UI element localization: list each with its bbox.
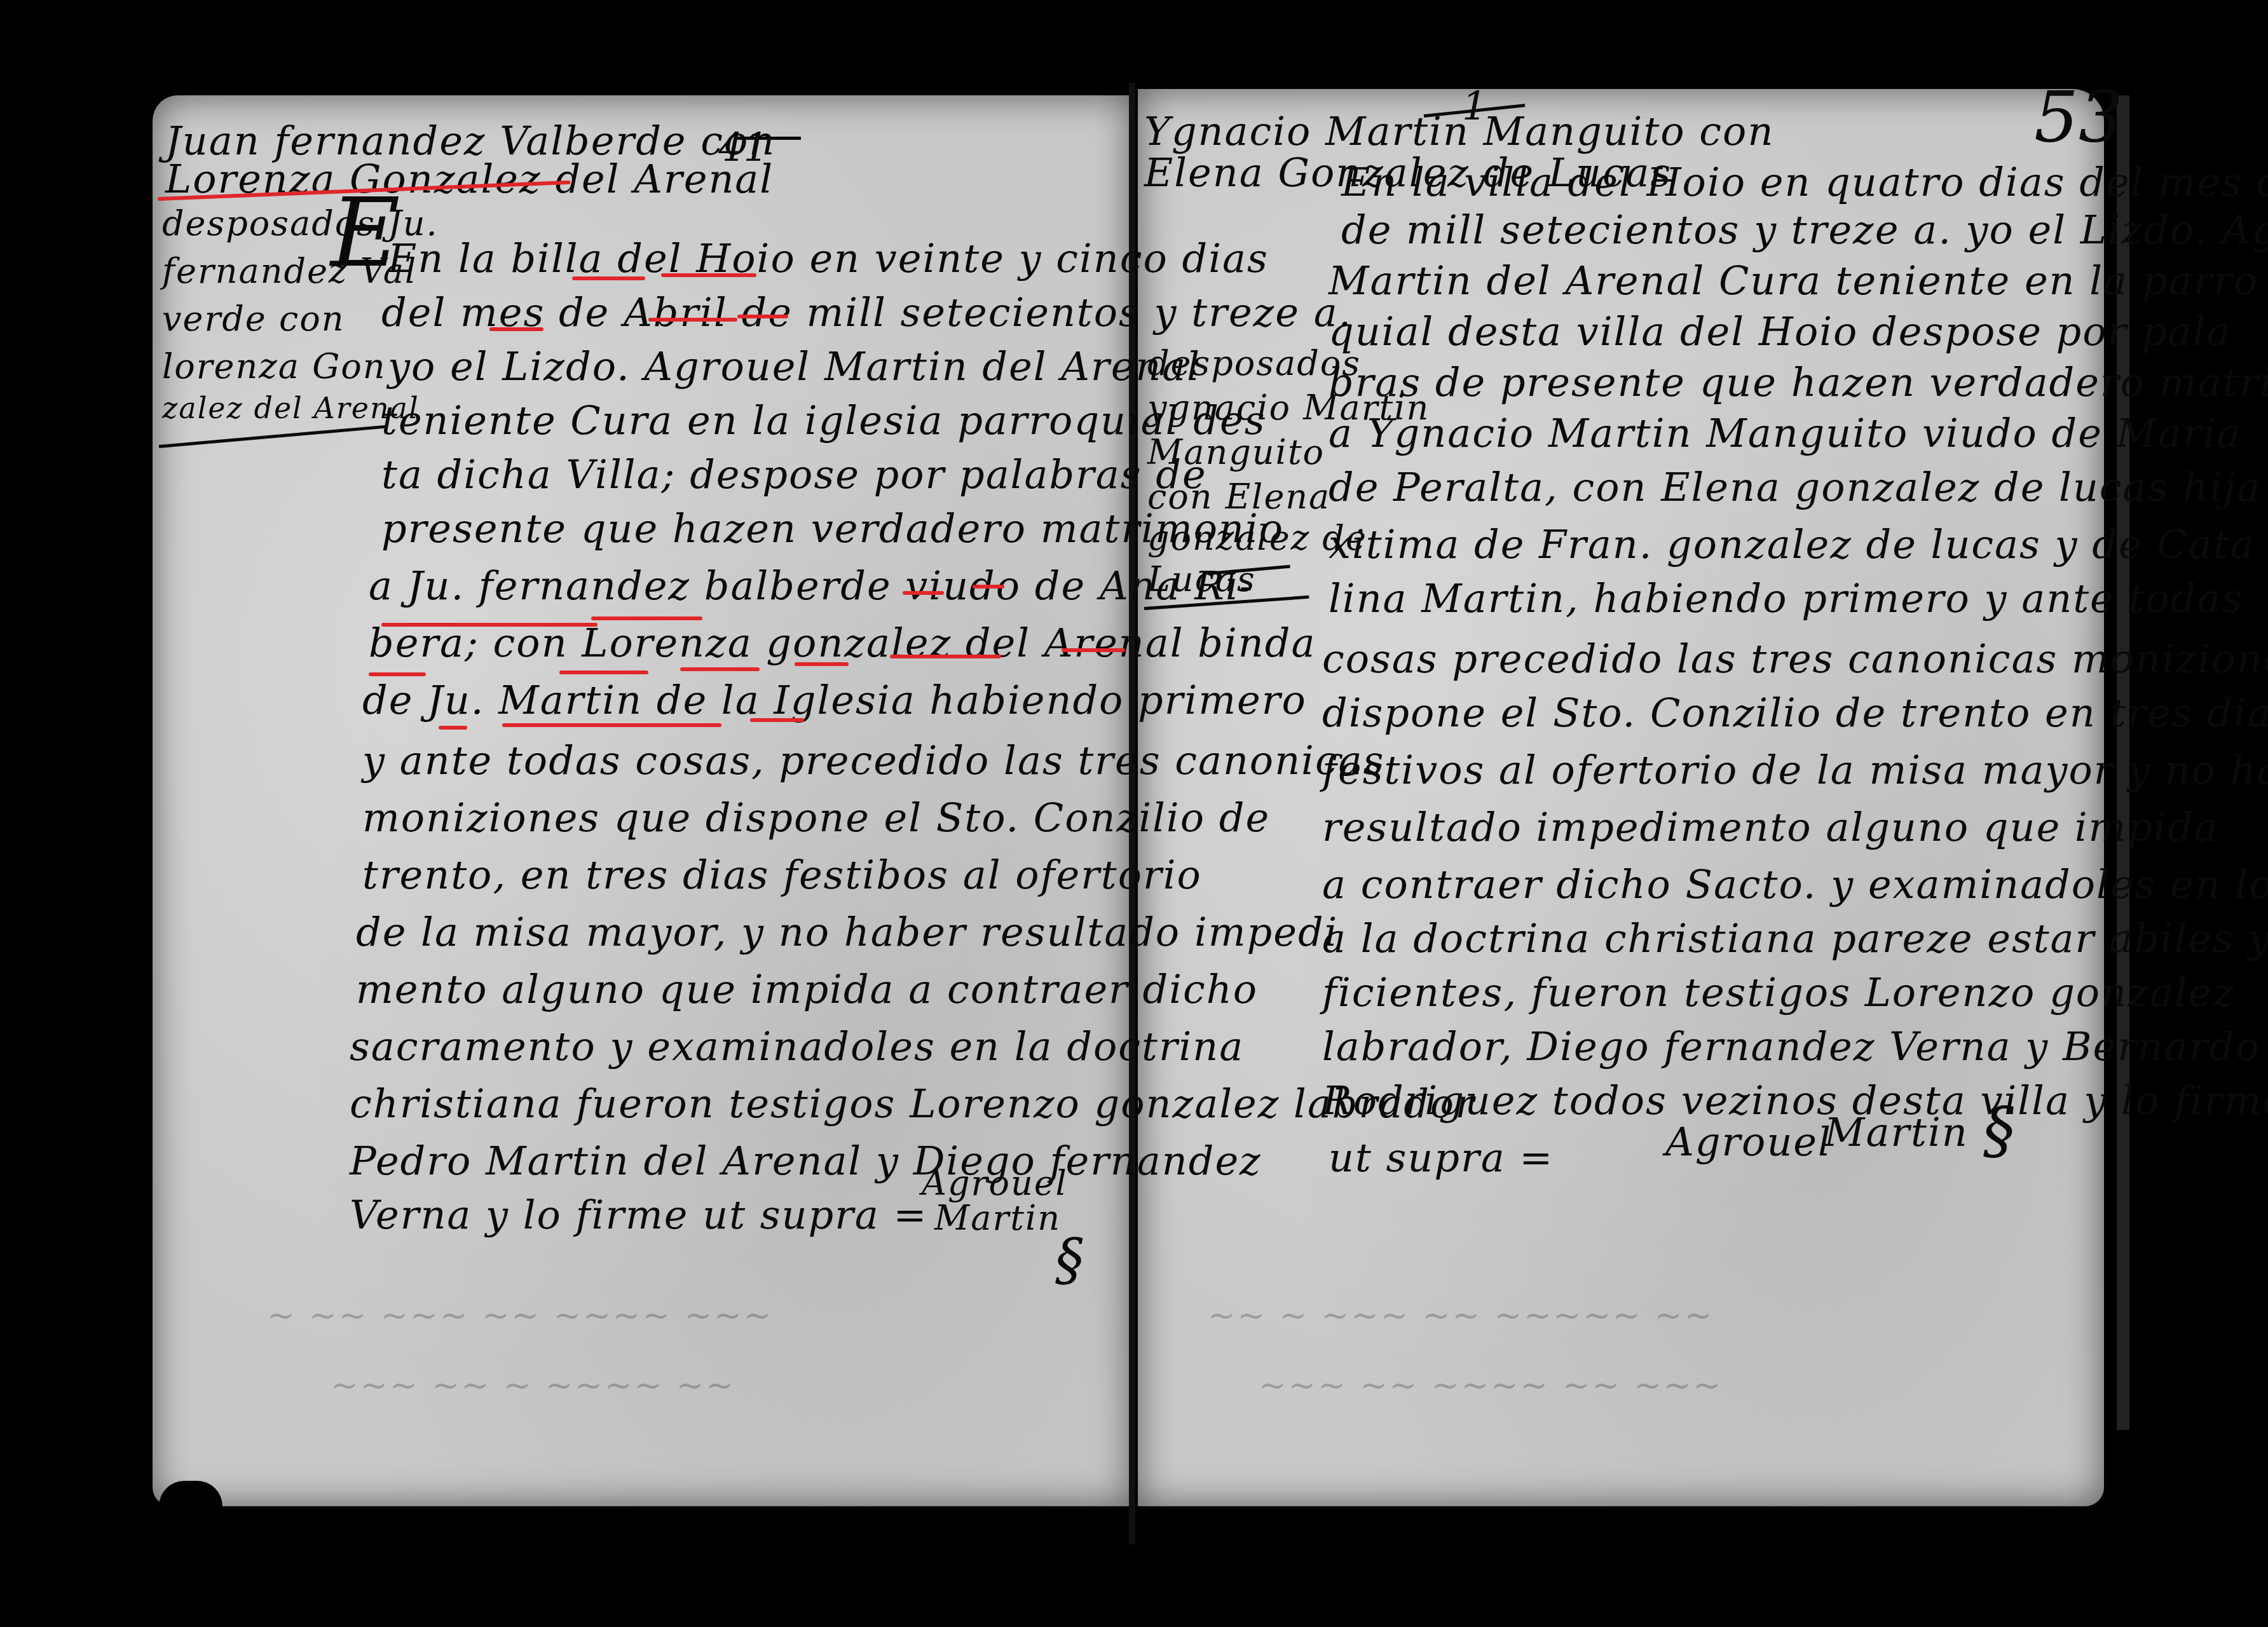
right-body-line-14: a contraer dicho Sacto. y examinadoles e…	[1322, 861, 2268, 908]
red-underline	[648, 318, 737, 322]
red-underline	[572, 276, 645, 280]
right-top-mark: 1	[1462, 83, 1487, 129]
left-body-line-1: En la billa del Hoio en veinte y cinco d…	[388, 235, 1269, 282]
left-body-line-10: y ante todas cosas, precedido las tres c…	[362, 737, 1384, 784]
left-margin-note-5: zalez del Arenal	[162, 391, 420, 425]
right-body-line-7: de Peralta, con Elena gonzalez de lucas …	[1329, 464, 2268, 510]
left-body-line-18: Verna y lo firme ut supra =	[350, 1192, 927, 1238]
red-underline	[439, 726, 467, 730]
page-corner-shadow	[159, 1481, 222, 1563]
right-heading-line-1: Ygnacio Martin Manguito con	[1144, 108, 1774, 154]
right-signature-line-2: Martin	[1824, 1109, 1969, 1155]
red-underline	[381, 623, 598, 627]
right-body-line-13: resultado impedimento alguno que impida	[1322, 804, 2219, 850]
right-body-line-1: En la villa del Hoio en quatro dias del …	[1341, 159, 2268, 205]
right-body-line-2: de mill setecientos y treze a. yo el Liz…	[1341, 207, 2268, 253]
red-underline	[502, 723, 721, 727]
right-body-line-15: a la doctrina christiana pareze estar ab…	[1322, 915, 2268, 962]
left-body-line-15: sacramento y examinadoles en la doctrina	[350, 1023, 1244, 1070]
right-body-line-19: ut supra =	[1329, 1134, 1554, 1181]
red-underline	[737, 315, 788, 318]
bleed-through-text: ~~ ~ ~~~ ~~ ~~~~~ ~~	[1208, 1297, 1714, 1335]
left-margin-note-3: verde con	[162, 299, 345, 339]
left-body-line-5: ta dicha Villa; despose por palabras de	[381, 451, 1207, 498]
red-underline	[680, 667, 760, 671]
right-body-line-6: a Ygnacio Martin Manguito viudo de Maria	[1329, 410, 2242, 456]
red-underline	[1062, 648, 1125, 652]
right-body-line-17: labrador, Diego fernandez Verna y Bernar…	[1322, 1023, 2260, 1070]
left-body-line-3: yo el Lizdo. Agrouel Martin del Arenal	[388, 343, 1201, 390]
red-underline	[369, 672, 426, 676]
left-body-line-13: de la misa mayor, y no haber resultado i…	[356, 909, 1338, 955]
right-body-line-3: Martin del Arenal Cura teniente en la pa…	[1329, 257, 2258, 304]
left-body-line-11: moniziones que dispone el Sto. Conzilio …	[362, 794, 1270, 841]
bleed-through-text: ~~~ ~~ ~~~~ ~~ ~~~	[1259, 1366, 1723, 1405]
left-body-line-12: trento, en tres dias festibos al ofertor…	[362, 852, 1202, 898]
left-signature-line-1: Agrouel	[922, 1163, 1068, 1203]
left-body-line-4: teniente Cura en la iglesia parroquial d…	[381, 397, 1266, 444]
right-body-line-12: festivos al ofertorio de la misa mayor y…	[1322, 747, 2268, 793]
red-underline	[903, 591, 944, 595]
left-signature-line-2: Martin	[934, 1198, 1061, 1238]
left-body-line-9: de Ju. Martin de la Iglesia habiendo pri…	[362, 677, 1307, 723]
right-signature-flourish: §	[1983, 1093, 2016, 1167]
red-underline	[591, 616, 702, 620]
left-body-line-7: a Ju. fernandez balberde viudo de Ana Ri…	[369, 562, 1254, 609]
left-body-line-16: christiana fueron testigos Lorenzo gonza…	[350, 1080, 1475, 1127]
left-signature-flourish: §	[1055, 1227, 1085, 1293]
right-margin-note-4: con Elena	[1147, 477, 1330, 517]
red-underline	[890, 655, 1001, 658]
right-body-line-18: Rodriguez todos vezinos desta villa y lo…	[1322, 1077, 2268, 1124]
right-body-line-8: xitima de Fran. gonzalez de lucas y de C…	[1329, 521, 2255, 568]
left-body-line-14: mento alguno que impida a contraer dicho	[356, 966, 1258, 1012]
right-body-line-16: ficientes, fueron testigos Lorenzo gonza…	[1322, 969, 2235, 1016]
right-body-line-4: quial desta villa del Hoio despose por p…	[1329, 308, 2231, 355]
right-page-number: 53	[2034, 76, 2123, 158]
right-body-line-5: bras de presente que hazen verdadero mat…	[1329, 359, 2268, 405]
right-margin-note-6: Lucas	[1147, 559, 1256, 599]
left-body-line-17: Pedro Martin del Arenal y Diego fernande…	[350, 1138, 1262, 1184]
right-signature-line-1: Agrouel	[1665, 1119, 1832, 1165]
red-underline	[661, 273, 756, 277]
red-underline	[750, 718, 804, 722]
bleed-through-text: ~ ~~ ~~~ ~~ ~~~~ ~~~	[267, 1297, 773, 1335]
right-margin-note-3: Manguito	[1147, 432, 1325, 472]
bleed-through-text: ~~~ ~~ ~ ~~~~ ~~	[331, 1366, 735, 1405]
red-underline	[973, 585, 1004, 589]
right-body-line-10: cosas precedido las tres canonicas moniz…	[1322, 636, 2268, 682]
right-body-line-11: dispone el Sto. Conzilio de trento en tr…	[1322, 690, 2268, 736]
left-margin-note-4: lorenza Gon	[162, 346, 386, 386]
red-underline	[559, 671, 648, 674]
right-body-line-9: lina Martin, habiendo primero y ante tod…	[1329, 575, 2243, 622]
red-underline	[795, 662, 849, 666]
red-underline	[489, 327, 543, 331]
